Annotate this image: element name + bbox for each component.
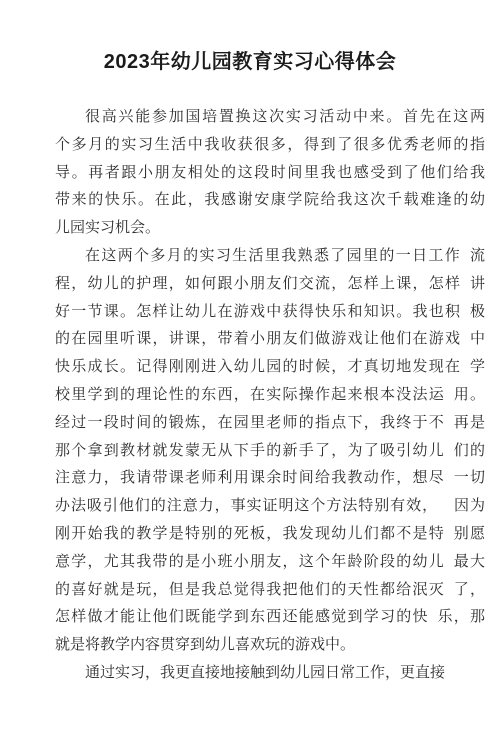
text-line: 意学，尤其我带的是小班小朋友，这个年龄阶段的幼儿 最大 <box>55 549 485 577</box>
text-line: 好一节课。怎样让幼儿在游戏中获得快乐和知识。我也积 极 <box>55 299 485 327</box>
text-line: 刚开始我的教学是特别的死板，我发现幼儿们都不是特 别愿 <box>55 521 485 549</box>
text-line: 带来的快乐。在此，我感谢安康学院给我这次千载难逢的幼 <box>55 187 485 215</box>
text-line: 快乐成长。记得刚刚进入幼儿园的时候，才真切地发现在 学 <box>55 354 485 382</box>
text-line: 就是将教学内容贯穿到幼儿喜欢玩的游戏中。 <box>55 632 485 660</box>
text-line: 很高兴能参加国培置换这次实习活动中来。首先在这两 <box>55 104 485 132</box>
text-line: 办法吸引他们的注意力，事实证明这个方法特别有效， 因为 <box>55 493 485 521</box>
text-line: 注意力，我请带课老师利用课余时间给我教动作，想尽 一切 <box>55 465 485 493</box>
text-line: 的在园里听课，讲课，带着小朋友们做游戏让他们在游戏 中 <box>55 326 485 354</box>
text-line: 那个拿到教材就发蒙无从下手的新手了，为了吸引幼儿 们的 <box>55 438 485 466</box>
text-line: 个多月的实习生活中我收获很多，得到了很多优秀老师的指 <box>55 132 485 160</box>
text-line: 程，幼儿的护理，如何跟小朋友们交流，怎样上课，怎样 讲 <box>55 271 485 299</box>
text-line: 校里学到的理论性的东西，在实际操作起来根本没法运 用。 <box>55 382 485 410</box>
paragraph: 通过实习，我更直接地接触到幼儿园日常工作，更直接 <box>55 660 485 688</box>
text-line: 的喜好就是玩，但是我总觉得我把他们的天性都给泯灭 了， <box>55 577 485 605</box>
paragraph: 在这两个多月的实习生活里我熟悉了园里的一日工作 流程，幼儿的护理，如何跟小朋友们… <box>55 243 485 660</box>
text-line: 导。再者跟小朋友相处的这段时间里我也感受到了他们给我 <box>55 160 485 188</box>
text-line: 怎样做才能让他们既能学到东西还能感觉到学习的快 乐，那 <box>55 604 485 632</box>
text-line: 儿园实习机会。 <box>55 215 485 243</box>
document-body: 很高兴能参加国培置换这次实习活动中来。首先在这两个多月的实习生活中我收获很多，得… <box>0 77 500 688</box>
document-title: 2023年幼儿园教育实习心得体会 <box>0 0 500 77</box>
text-line: 经过一段时间的锻炼，在园里老师的指点下，我终于不 再是 <box>55 410 485 438</box>
text-line: 在这两个多月的实习生活里我熟悉了园里的一日工作 流 <box>55 243 485 271</box>
paragraph: 很高兴能参加国培置换这次实习活动中来。首先在这两个多月的实习生活中我收获很多，得… <box>55 104 485 243</box>
document-page: 2023年幼儿园教育实习心得体会 很高兴能参加国培置换这次实习活动中来。首先在这… <box>0 0 500 744</box>
text-line: 通过实习，我更直接地接触到幼儿园日常工作，更直接 <box>55 660 485 688</box>
